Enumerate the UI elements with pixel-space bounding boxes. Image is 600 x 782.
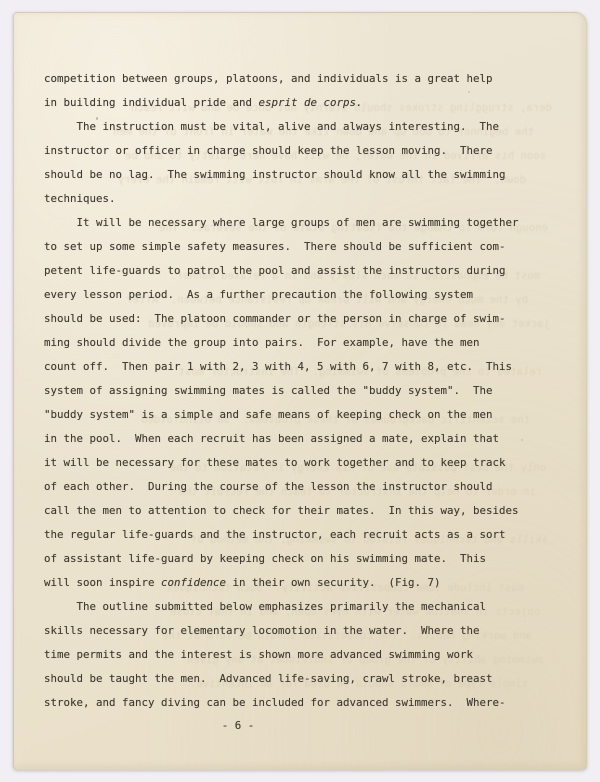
document-page: dera, struggling strokes should sternly … (13, 12, 587, 770)
scan-background: dera, struggling strokes should sternly … (0, 0, 600, 782)
text-line: skills necessary for elementary locomoti… (44, 619, 554, 643)
text-segment: call the men to attention to check for t… (44, 504, 519, 517)
text-line: petent life-guards to patrol the pool an… (44, 259, 554, 283)
text-line: to set up some simple safety measures. T… (44, 235, 554, 259)
page-number: - 6 - (200, 714, 276, 738)
text-segment: competition between groups, platoons, an… (44, 72, 493, 85)
text-segment: petent life-guards to patrol the pool an… (44, 264, 506, 277)
text-line: instructor or officer in charge should k… (44, 139, 554, 163)
text-line: ming should divide the group into pairs.… (44, 331, 554, 355)
text-line: competition between groups, platoons, an… (44, 67, 554, 91)
text-segment: skills necessary for elementary locomoti… (44, 624, 480, 637)
text-line: in building individual pride and esprit … (44, 91, 554, 115)
text-line: "buddy system" is a simple and safe mean… (44, 403, 554, 427)
text-line: the regular life-guards and the instruct… (44, 523, 554, 547)
text-segment: It will be necessary where large groups … (44, 216, 519, 229)
text-line: of assistant life-guard by keeping check… (44, 547, 554, 571)
text-segment: should be used: The platoon commander or… (44, 312, 506, 325)
italic-text-segment: confidence (161, 576, 226, 589)
text-segment: stroke, and fancy diving can be included… (44, 696, 506, 709)
text-segment: in building individual pride and (44, 96, 259, 109)
text-line: system of assigning swimming mates is ca… (44, 379, 554, 403)
text-segment: instructor or officer in charge should k… (44, 144, 493, 157)
text-line: will soon inspire confidence in their ow… (44, 571, 554, 595)
text-segment: time permits and the interest is shown m… (44, 648, 473, 661)
text-line: It will be necessary where large groups … (44, 211, 554, 235)
text-segment: The outline submitted below emphasizes p… (44, 600, 486, 613)
text-line: count off. Then pair 1 with 2, 3 with 4,… (44, 355, 554, 379)
text-segment: it will be necessary for these mates to … (44, 456, 506, 469)
text-line: of each other. During the course of the … (44, 475, 554, 499)
text-segment: of each other. During the course of the … (44, 480, 493, 493)
text-segment: count off. Then pair 1 with 2, 3 with 4,… (44, 360, 512, 373)
text-line: stroke, and fancy diving can be included… (44, 691, 554, 715)
text-segment: should be taught the men. Advanced life-… (44, 672, 493, 685)
text-segment: "buddy system" is a simple and safe mean… (44, 408, 493, 421)
text-segment: of assistant life-guard by keeping check… (44, 552, 486, 565)
text-segment: techniques. (44, 192, 116, 205)
paper-speck (96, 117, 98, 120)
text-segment: ming should divide the group into pairs.… (44, 336, 480, 349)
body-text: competition between groups, platoons, an… (44, 67, 554, 715)
text-line: it will be necessary for these mates to … (44, 451, 554, 475)
text-line: call the men to attention to check for t… (44, 499, 554, 523)
text-line: time permits and the interest is shown m… (44, 643, 554, 667)
paper-speck (521, 439, 523, 441)
text-line: The instruction must be vital, alive and… (44, 115, 554, 139)
text-segment: should be no lag. The swimming instructo… (44, 168, 506, 181)
text-segment: the regular life-guards and the instruct… (44, 528, 506, 541)
text-segment: every lesson period. As a further precau… (44, 288, 473, 301)
text-segment: The instruction must be vital, alive and… (44, 120, 499, 133)
text-line: techniques. (44, 187, 554, 211)
paper-speck (468, 91, 470, 93)
text-segment: in the pool. When each recruit has been … (44, 432, 499, 445)
text-line: every lesson period. As a further precau… (44, 283, 554, 307)
text-line: should be no lag. The swimming instructo… (44, 163, 554, 187)
text-segment: system of assigning swimming mates is ca… (44, 384, 493, 397)
text-segment: will soon inspire (44, 576, 161, 589)
text-segment: to set up some simple safety measures. T… (44, 240, 506, 253)
text-line: should be used: The platoon commander or… (44, 307, 554, 331)
italic-text-segment: esprit de corps. (259, 96, 363, 109)
text-segment: in their own security. (Fig. 7) (226, 576, 441, 589)
text-line: should be taught the men. Advanced life-… (44, 667, 554, 691)
text-line: in the pool. When each recruit has been … (44, 427, 554, 451)
text-line: The outline submitted below emphasizes p… (44, 595, 554, 619)
